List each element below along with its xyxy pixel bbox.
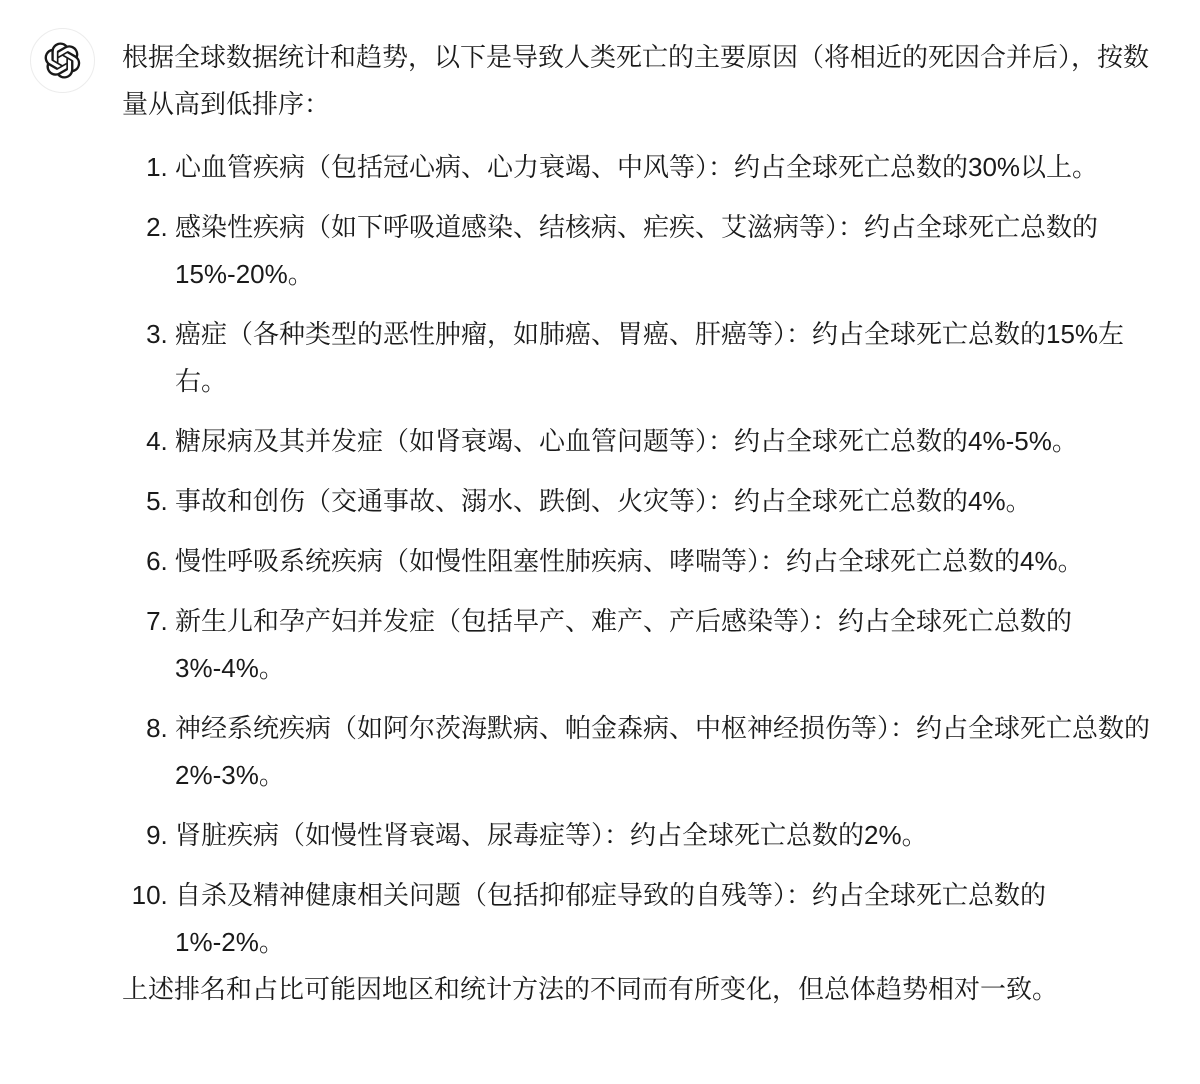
list-item: 肾脏疾病（如慢性肾衰竭、尿毒症等）：约占全球死亡总数的2%。: [175, 812, 1150, 859]
assistant-avatar: [30, 28, 95, 93]
openai-logo-icon: [44, 42, 81, 79]
list-item: 新生儿和孕产妇并发症（包括早产、难产、产后感染等）：约占全球死亡总数的3%-4%…: [175, 598, 1150, 692]
list-item: 心血管疾病（包括冠心病、心力衰竭、中风等）：约占全球死亡总数的30%以上。: [175, 144, 1150, 191]
causes-list: 心血管疾病（包括冠心病、心力衰竭、中风等）：约占全球死亡总数的30%以上。 感染…: [122, 144, 1150, 966]
assistant-message: 根据全球数据统计和趋势，以下是导致人类死亡的主要原因（将相近的死因合并后），按数…: [0, 0, 1200, 1013]
list-item: 感染性疾病（如下呼吸道感染、结核病、疟疾、艾滋病等）：约占全球死亡总数的15%-…: [175, 204, 1150, 298]
closing-paragraph: 上述排名和占比可能因地区和统计方法的不同而有所变化，但总体趋势相对一致。: [122, 966, 1150, 1013]
message-body: 根据全球数据统计和趋势，以下是导致人类死亡的主要原因（将相近的死因合并后），按数…: [122, 34, 1150, 1013]
list-item: 事故和创伤（交通事故、溺水、跌倒、火灾等）：约占全球死亡总数的4%。: [175, 478, 1150, 525]
list-item: 神经系统疾病（如阿尔茨海默病、帕金森病、中枢神经损伤等）：约占全球死亡总数的2%…: [175, 705, 1150, 799]
intro-paragraph: 根据全球数据统计和趋势，以下是导致人类死亡的主要原因（将相近的死因合并后），按数…: [122, 34, 1150, 128]
list-item: 糖尿病及其并发症（如肾衰竭、心血管问题等）：约占全球死亡总数的4%-5%。: [175, 418, 1150, 465]
list-item: 慢性呼吸系统疾病（如慢性阻塞性肺疾病、哮喘等）：约占全球死亡总数的4%。: [175, 538, 1150, 585]
list-item: 自杀及精神健康相关问题（包括抑郁症导致的自残等）：约占全球死亡总数的1%-2%。: [175, 872, 1150, 966]
list-item: 癌症（各种类型的恶性肿瘤，如肺癌、胃癌、肝癌等）：约占全球死亡总数的15%左右。: [175, 311, 1150, 405]
